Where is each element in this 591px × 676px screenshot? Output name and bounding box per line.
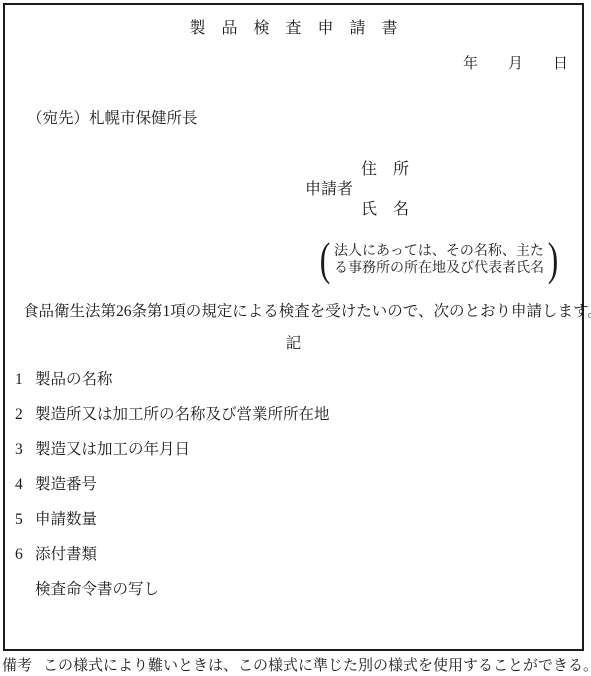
item-label: 製造所又は加工所の名称及び営業所所在地 xyxy=(35,406,330,424)
addressee: （宛先）札幌市保健所長 xyxy=(27,110,582,128)
applicant-block: 申請者 住 所 氏 名 xyxy=(305,162,582,218)
item-label: 添付書類 xyxy=(35,546,97,564)
open-paren-glyph: ( xyxy=(320,240,331,280)
item-label: 製造又は加工の年月日 xyxy=(35,441,190,459)
item-label: 製品の名称 xyxy=(35,371,113,389)
close-paren-glyph: ) xyxy=(548,240,559,280)
application-form-page: 製 品 検 査 申 請 書 年 月 日 （宛先）札幌市保健所長 申請者 住 所 … xyxy=(0,0,591,676)
form-title: 製 品 検 査 申 請 書 xyxy=(5,20,582,38)
item-number: 6 xyxy=(15,546,35,564)
applicant-label: 申請者 xyxy=(305,182,353,198)
date-line: 年 月 日 xyxy=(5,55,582,73)
item-list: 1 製品の名称 2 製造所又は加工所の名称及び営業所所在地 3 製造又は加工の年… xyxy=(5,371,582,564)
body-paragraph: 食品衛生法第26条第1項の規定による検査を受けたいので、次のとおり申請します。 xyxy=(23,303,580,321)
list-item: 2 製造所又は加工所の名称及び営業所所在地 xyxy=(15,406,582,424)
item-label: 申請数量 xyxy=(35,511,97,529)
item-number: 5 xyxy=(15,511,35,529)
list-heading: 記 xyxy=(5,335,582,353)
applicant-address-label: 住 所 xyxy=(361,162,409,178)
list-item: 1 製品の名称 xyxy=(15,371,582,389)
form-border: 製 品 検 査 申 請 書 年 月 日 （宛先）札幌市保健所長 申請者 住 所 … xyxy=(3,3,584,651)
list-item: 6 添付書類 xyxy=(15,546,582,564)
item-label: 製造番号 xyxy=(35,476,97,494)
list-item: 4 製造番号 xyxy=(15,476,582,494)
item-number: 4 xyxy=(15,476,35,494)
applicant-name-label: 氏 名 xyxy=(361,202,409,218)
remarks-label: 備考 xyxy=(2,657,32,675)
attachment-detail: 検査命令書の写し xyxy=(35,581,582,599)
item-number: 1 xyxy=(15,371,35,389)
item-number: 3 xyxy=(15,441,35,459)
applicant-fields: 住 所 氏 名 xyxy=(361,162,409,218)
corporate-note: ( 法人にあっては、その名称、主た る事務所の所在地及び代表者氏名 ) xyxy=(318,242,582,278)
list-item: 3 製造又は加工の年月日 xyxy=(15,441,582,459)
corporate-note-line1: 法人にあっては、その名称、主た xyxy=(334,243,544,261)
item-number: 2 xyxy=(15,406,35,424)
list-item: 5 申請数量 xyxy=(15,511,582,529)
remarks-text: この様式により難いときは、この様式に準じた別の様式を使用することができる。 xyxy=(43,657,591,675)
corporate-note-line2: る事務所の所在地及び代表者氏名 xyxy=(334,260,544,278)
remarks-line: 備考 この様式により難いときは、この様式に準じた別の様式を使用することができる。 xyxy=(2,657,591,675)
corporate-note-text: 法人にあっては、その名称、主た る事務所の所在地及び代表者氏名 xyxy=(332,243,546,278)
